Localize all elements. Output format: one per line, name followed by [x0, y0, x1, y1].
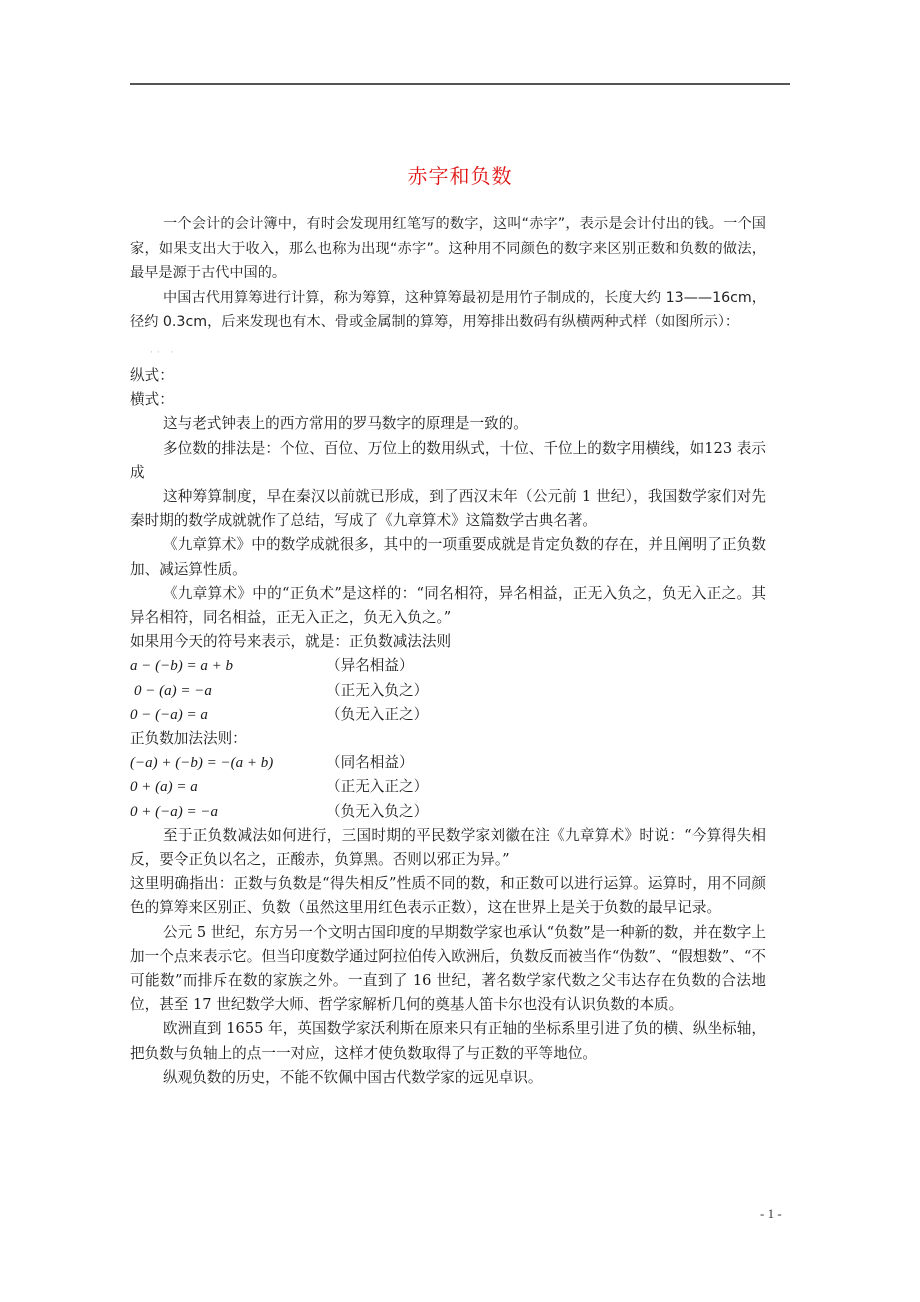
page-number: - 1 - [760, 1206, 782, 1222]
addition-rule: 0 + (a) = a （正无入正之） [130, 775, 766, 799]
closing-paragraph-2: 这里明确指出：正数与负数是“得失相反”性质不同的数，和正数可以进行运算。运算时，… [130, 872, 766, 920]
figure-placeholder-mark: ·· · [150, 348, 177, 358]
closing-paragraph-1: 至于正负数减法如何进行，三国时期的平民数学家刘徽在注《九章算术》时说：“今算得失… [130, 824, 766, 872]
formula-note: （异名相益） [326, 654, 414, 678]
intro-paragraph-2: 中国古代用算筹进行计算，称为筹算，这种算筹最初是用竹子制成的，长度大约 13——… [130, 286, 766, 335]
formula: 0 + (a) = a [130, 775, 326, 799]
closing-paragraph-3: 公元 5 世纪，东方另一个文明古国印度的早期数学家也承认“负数”是一种新的数，并… [130, 921, 766, 1018]
formula-note: （正无入负之） [326, 679, 428, 703]
main-section: 纵式： 横式： 这与老式钟表上的西方常用的罗马数字的原理是一致的。 多位数的排法… [130, 364, 766, 1090]
formula-note: （同名相益） [326, 751, 414, 775]
closing-paragraph-5: 纵观负数的历史，不能不钦佩中国古代数学家的远见卓识。 [130, 1066, 766, 1090]
document-title: 赤字和负数 [0, 160, 920, 189]
label-vertical-form: 纵式： [130, 364, 766, 388]
subtraction-rule: 0 − (−a) = a （负无入正之） [130, 703, 766, 727]
subtraction-rules: a − (−b) = a + b （异名相益） 0 − (a) = −a （正无… [130, 654, 766, 727]
body-paragraph-3: 这种筹算制度，早在秦汉以前就已形成，到了西汉末年（公元前 1 世纪），我国数学家… [130, 485, 766, 533]
formula-note: （负无入正之） [326, 703, 428, 727]
addition-rules-intro: 正负数加法法则： [130, 727, 766, 751]
formula: 0 + (−a) = −a [130, 800, 326, 824]
closing-paragraph-4: 欧洲直到 1655 年，英国数学家沃利斯在原来只有正轴的坐标系里引进了负的横、纵… [130, 1017, 766, 1065]
label-horizontal-form: 横式： [130, 388, 766, 412]
formula-note: （正无入正之） [326, 775, 428, 799]
subtraction-rule: a − (−b) = a + b （异名相益） [130, 654, 766, 678]
body-paragraph-2: 多位数的排法是：个位、百位、万位上的数用纵式，十位、千位上的数字用横线，如123… [130, 437, 766, 485]
formula: a − (−b) = a + b [130, 654, 326, 678]
addition-rule: 0 + (−a) = −a （负无入负之） [130, 800, 766, 824]
subtraction-rules-intro: 如果用今天的符号来表示，就是：正负数减法法则 [130, 630, 766, 654]
header-rule [130, 83, 790, 85]
formula: 0 − (a) = −a [130, 679, 326, 703]
formula: (−a) + (−b) = −(a + b) [130, 751, 326, 775]
formula-note: （负无入负之） [326, 800, 428, 824]
body-paragraph-1: 这与老式钟表上的西方常用的罗马数字的原理是一致的。 [130, 412, 766, 436]
addition-rules: (−a) + (−b) = −(a + b) （同名相益） 0 + (a) = … [130, 751, 766, 824]
subtraction-rule: 0 − (a) = −a （正无入负之） [130, 679, 766, 703]
body-paragraph-4: 《九章算术》中的数学成就很多，其中的一项重要成就是肯定负数的存在，并且阐明了正负… [130, 533, 766, 581]
formula: 0 − (−a) = a [130, 703, 326, 727]
intro-section: 一个会计的会计簿中，有时会发现用红笔写的数字，这叫“赤字”，表示是会计付出的钱。… [130, 212, 766, 335]
body-paragraph-5: 《九章算术》中的“正负术”是这样的：“同名相符，异名相益，正无入负之，负无入正之… [130, 582, 766, 630]
addition-rule: (−a) + (−b) = −(a + b) （同名相益） [130, 751, 766, 775]
intro-paragraph-1: 一个会计的会计簿中，有时会发现用红笔写的数字，这叫“赤字”，表示是会计付出的钱。… [130, 212, 766, 286]
